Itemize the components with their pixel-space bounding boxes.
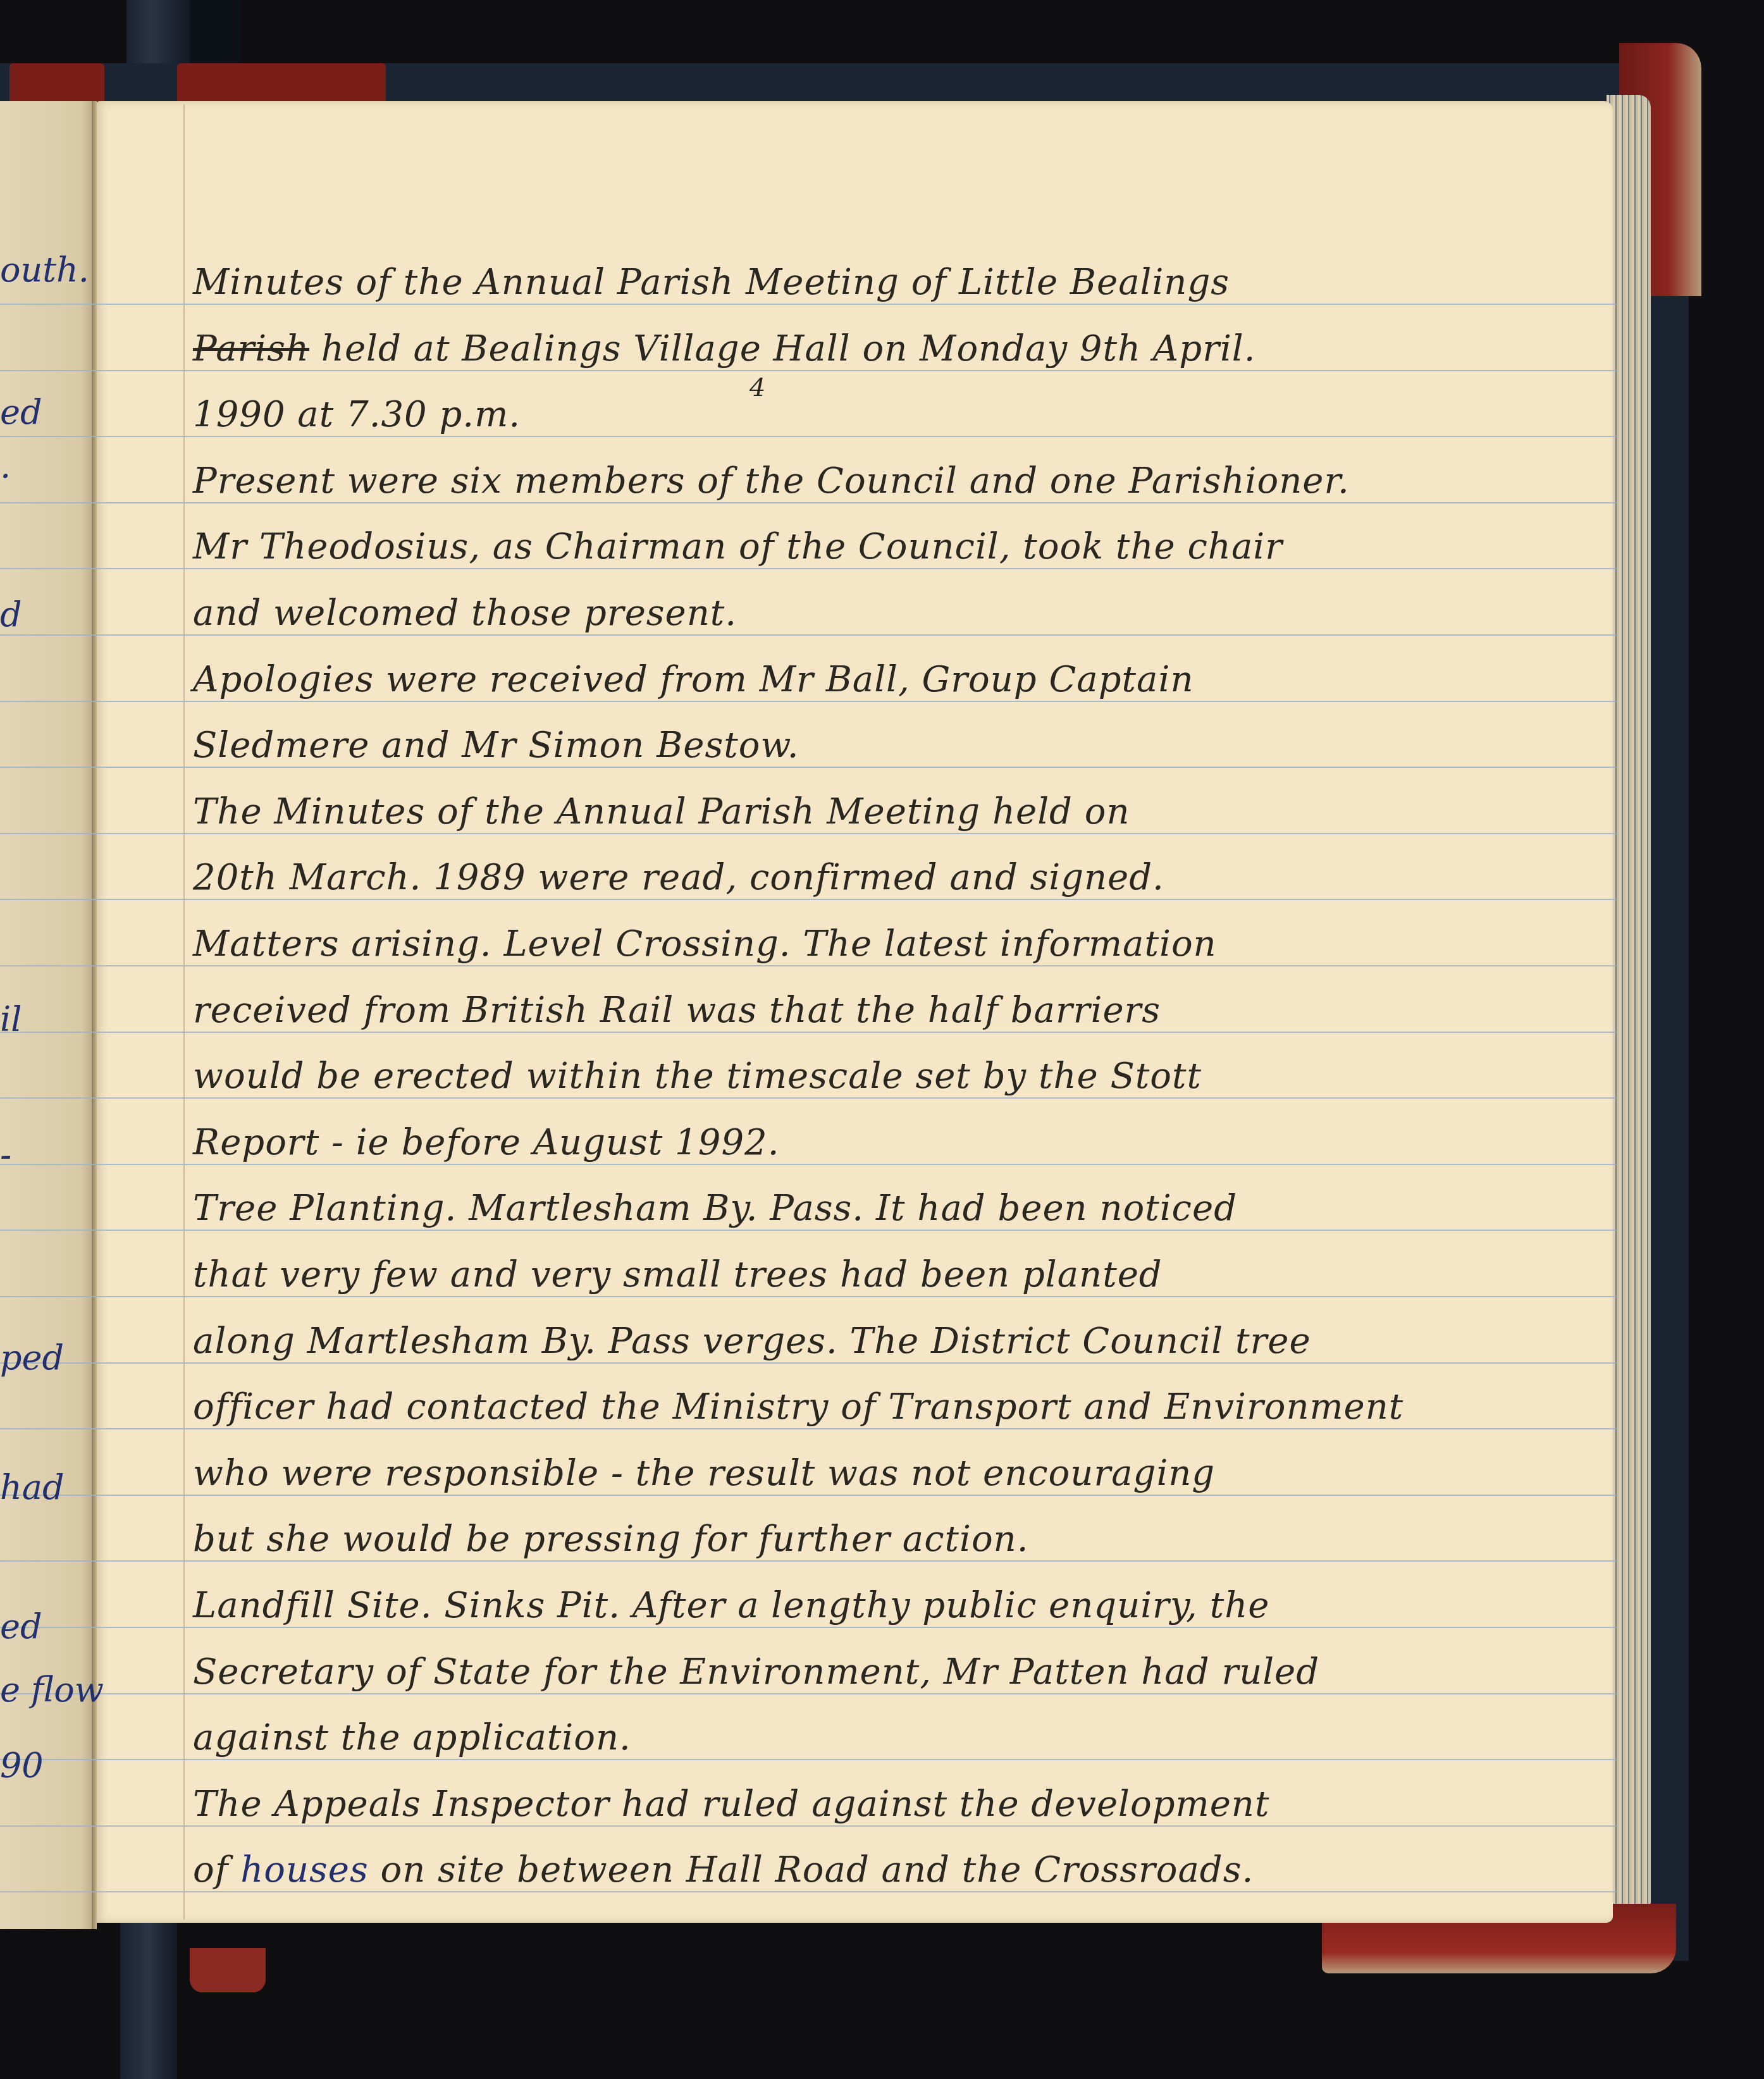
text-line: against the application. [193, 1717, 631, 1758]
ruled-line [0, 1627, 1616, 1628]
text-line: officer had contacted the Ministry of Tr… [193, 1386, 1403, 1428]
text-line: Parish held at Bealings Village Hall on … [193, 328, 1256, 369]
ruled-line [0, 1759, 1616, 1760]
text-line: but she would be pressing for further ac… [193, 1519, 1029, 1560]
ruled-line [0, 1164, 1616, 1165]
text-line: Minutes of the Annual Parish Meeting of … [193, 262, 1230, 303]
text-line: Report - ie before August 1992. [193, 1122, 779, 1163]
left-page-fragment: e flow [0, 1670, 104, 1710]
text-line: and welcomed those present. [193, 593, 737, 634]
book-cover-right-edge [1644, 253, 1689, 1961]
ruled-line [0, 634, 1616, 636]
text-line: who were responsible - the result was no… [193, 1453, 1215, 1494]
left-page-fragment: - [0, 1135, 11, 1175]
blue-ink-correction: houses [240, 1849, 368, 1891]
left-page-fragment: ed [0, 1607, 42, 1646]
text-line: Matters arising. Level Crossing. The lat… [193, 923, 1217, 965]
ruled-line [0, 1230, 1616, 1231]
ruled-line [0, 1296, 1616, 1297]
bottom-spine [120, 1923, 177, 2079]
ruled-line [0, 1428, 1616, 1429]
text-line: along Martlesham By. Pass verges. The Di… [193, 1321, 1311, 1362]
margin-line [183, 104, 185, 1920]
ruled-line [0, 1560, 1616, 1562]
ruled-line [0, 1097, 1616, 1099]
leather-corner-bottom-left [190, 1948, 266, 1992]
insertion-caret: 4 [749, 373, 765, 402]
text-line: The Minutes of the Annual Parish Meeting… [193, 791, 1130, 832]
ruled-line [0, 899, 1616, 900]
left-page-fragment: had [0, 1467, 65, 1507]
text-line: Tree Planting. Martlesham By. Pass. It h… [193, 1188, 1237, 1229]
text-line: that very few and very small trees had b… [193, 1254, 1163, 1295]
text-line: 20th March. 1989 were read, confirmed an… [193, 857, 1164, 898]
ruled-line [0, 1825, 1616, 1827]
text-line: Secretary of State for the Environment, … [193, 1651, 1319, 1693]
ruled-line [0, 1032, 1616, 1033]
text-line: 1990 at 7.30 p.m. [193, 394, 521, 435]
left-page-fragment: ped [0, 1338, 64, 1378]
text-line: Mr Theodosius, as Chairman of the Counci… [193, 526, 1283, 567]
text-line: Apologies were received from Mr Ball, Gr… [193, 659, 1193, 700]
left-page-fragment: d [0, 595, 22, 634]
left-page-fragment: ed [0, 392, 42, 432]
ruled-line [0, 436, 1616, 437]
ruled-line [0, 1891, 1616, 1892]
left-page-fragment: il [0, 999, 22, 1039]
ruled-line [0, 1495, 1616, 1496]
ruled-line [0, 304, 1616, 305]
gutter [92, 101, 97, 1929]
left-page-fragment: outh. [0, 250, 89, 290]
ruled-line [0, 502, 1616, 503]
ruled-line [0, 833, 1616, 834]
text-line: of houses on site between Hall Road and … [193, 1849, 1254, 1891]
ruled-line [0, 965, 1616, 966]
text-line: Landfill Site. Sinks Pit. After a length… [193, 1585, 1269, 1626]
ruled-line [0, 568, 1616, 569]
ruled-line [0, 1693, 1616, 1694]
text-line: received from British Rail was that the … [193, 990, 1161, 1031]
text-line: Sledmere and Mr Simon Bestow. [193, 725, 799, 766]
ruled-line [0, 701, 1616, 702]
left-page-fragment: . [0, 446, 11, 486]
ruled-line [0, 370, 1616, 371]
struck-word: Parish [193, 328, 309, 369]
text-line: would be erected within the timescale se… [193, 1056, 1202, 1097]
left-page-fragment: 90 [0, 1746, 44, 1786]
ruled-line [0, 767, 1616, 768]
text-line: Present were six members of the Council … [193, 460, 1350, 502]
ruled-line [0, 1362, 1616, 1364]
text-line: The Appeals Inspector had ruled against … [193, 1784, 1269, 1825]
